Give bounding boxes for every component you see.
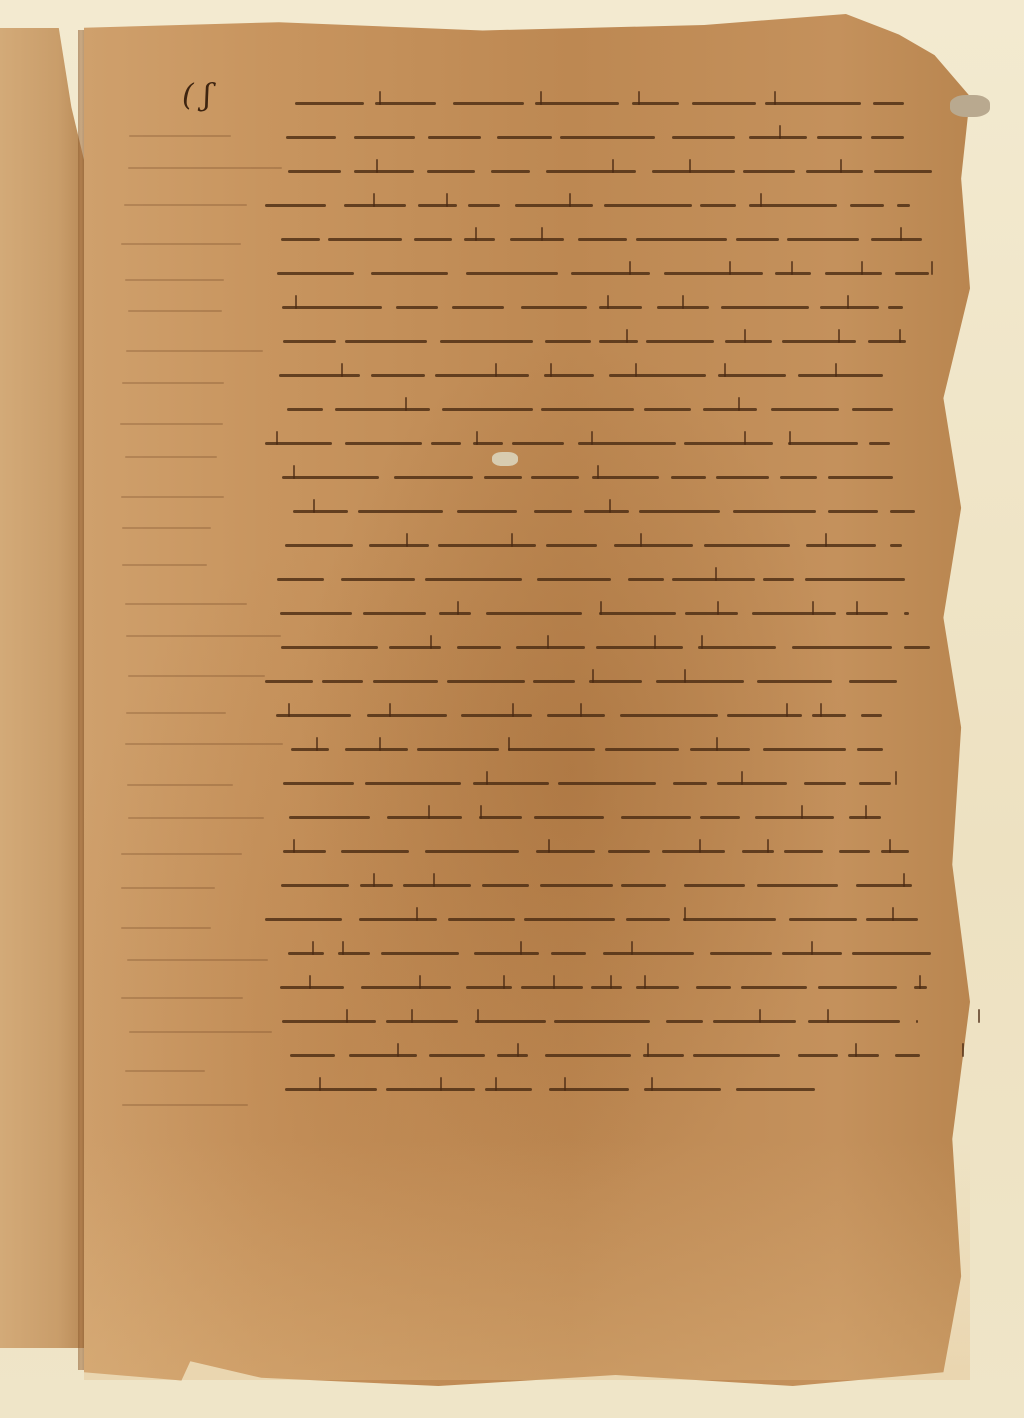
ink-ascender <box>288 703 290 717</box>
ink-word <box>360 884 393 887</box>
ink-word <box>479 816 522 819</box>
handwritten-line <box>255 726 945 760</box>
ink-word <box>535 102 620 105</box>
handwritten-line <box>255 794 945 828</box>
ink-word <box>780 476 817 479</box>
faded-line <box>125 279 224 281</box>
ink-word <box>551 952 586 955</box>
ink-word <box>636 986 679 989</box>
ink-word <box>755 816 835 819</box>
ink-word <box>812 714 846 717</box>
ink-word <box>448 918 515 921</box>
faded-line <box>121 997 242 999</box>
ink-word <box>277 578 324 581</box>
ink-word <box>283 340 336 343</box>
handwritten-line <box>255 1032 945 1066</box>
ink-ascender <box>508 737 510 751</box>
ink-word <box>662 850 725 853</box>
ink-word <box>293 510 348 513</box>
ink-word <box>605 748 678 751</box>
ink-word <box>289 816 370 819</box>
ink-word <box>442 408 532 411</box>
ink-word <box>484 476 523 479</box>
ink-word <box>457 510 517 513</box>
ink-ascender <box>428 805 430 819</box>
ink-word <box>291 748 329 751</box>
handwritten-line <box>255 148 945 182</box>
ink-word <box>497 136 552 139</box>
ink-word <box>359 918 437 921</box>
ink-word <box>749 204 837 207</box>
faded-line <box>125 456 217 458</box>
ink-word <box>820 306 879 309</box>
ink-word <box>644 1088 720 1091</box>
handwritten-line <box>255 930 945 964</box>
handwritten-line <box>255 80 945 114</box>
ink-ascender <box>644 975 646 989</box>
ink-ascender <box>892 907 894 921</box>
faded-line <box>127 784 233 786</box>
ink-word <box>817 136 863 139</box>
ink-word <box>282 306 381 309</box>
ink-word <box>713 1020 797 1023</box>
ink-ascender <box>597 465 599 479</box>
handwritten-text-block: Wir Maximilian von Gottes gnaden ... <box>255 80 945 1100</box>
ink-ascender <box>682 295 684 309</box>
ink-word <box>491 170 530 173</box>
ink-word <box>672 578 754 581</box>
handwritten-line <box>255 488 945 522</box>
ink-word <box>710 952 772 955</box>
handwritten-line <box>255 828 945 862</box>
ink-word <box>417 748 498 751</box>
ink-ascender <box>517 1043 519 1057</box>
ink-word <box>541 408 633 411</box>
ink-word <box>512 442 563 445</box>
ink-word <box>486 612 582 615</box>
handwritten-line <box>255 896 945 930</box>
ink-word <box>386 1020 457 1023</box>
ink-word <box>281 884 349 887</box>
ink-word <box>871 238 922 241</box>
ink-word <box>621 816 691 819</box>
faded-line <box>121 887 216 889</box>
ink-word <box>664 272 763 275</box>
ink-word <box>749 136 807 139</box>
faded-line <box>122 382 224 384</box>
ink-word <box>279 374 360 377</box>
ink-word <box>373 680 437 683</box>
faded-line <box>122 527 211 529</box>
lower-blank-area <box>84 1140 970 1380</box>
ink-word <box>466 986 512 989</box>
ink-ascender <box>789 431 791 445</box>
ink-word <box>752 612 836 615</box>
handwritten-line <box>255 454 945 488</box>
ink-word <box>290 1054 335 1057</box>
ink-word <box>700 816 740 819</box>
ink-ascender <box>495 1077 497 1091</box>
ink-word <box>873 102 904 105</box>
ink-word <box>904 646 930 649</box>
ink-word <box>361 986 451 989</box>
ink-word <box>369 544 429 547</box>
ink-word <box>358 510 443 513</box>
ink-word <box>427 170 475 173</box>
ink-ascender <box>759 1009 761 1023</box>
ink-word <box>354 170 415 173</box>
ink-word <box>387 816 462 819</box>
ink-ascender <box>475 227 477 241</box>
ink-word <box>859 782 891 785</box>
ink-ascender <box>419 975 421 989</box>
ink-word <box>560 136 655 139</box>
ink-word <box>431 442 461 445</box>
ink-word <box>684 884 745 887</box>
ink-word <box>592 476 659 479</box>
ink-word <box>544 374 593 377</box>
faded-line <box>128 310 222 312</box>
ink-word <box>643 1054 684 1057</box>
ink-word <box>771 408 839 411</box>
ink-ascender <box>856 601 858 615</box>
ink-word <box>371 374 426 377</box>
ink-word <box>871 136 904 139</box>
ink-ascender <box>903 873 905 887</box>
ink-word <box>280 986 343 989</box>
ink-word <box>403 884 471 887</box>
ink-word <box>282 1020 376 1023</box>
ink-ascender <box>512 703 514 717</box>
ink-word <box>540 884 613 887</box>
ink-ascender <box>791 261 793 275</box>
ink-word <box>515 204 594 207</box>
ink-word <box>599 612 676 615</box>
ink-ascender <box>900 227 902 241</box>
faded-line <box>126 350 263 352</box>
ink-ascender <box>701 635 703 649</box>
ink-ascender <box>406 533 408 547</box>
right-edge-tear <box>950 95 990 117</box>
ink-ascender <box>580 703 582 717</box>
ink-word <box>888 306 903 309</box>
ink-word <box>265 918 342 921</box>
ink-word <box>546 544 597 547</box>
faded-line <box>128 675 264 677</box>
ink-word <box>285 1088 378 1091</box>
ink-ascender <box>861 261 863 275</box>
ink-ascender <box>744 329 746 343</box>
ink-ascender <box>477 1009 479 1023</box>
ink-ascender <box>631 941 633 955</box>
ink-word <box>531 476 579 479</box>
ink-word <box>537 578 611 581</box>
ink-word <box>808 1020 900 1023</box>
ink-word <box>277 272 353 275</box>
ink-word <box>524 918 615 921</box>
ink-word <box>425 578 521 581</box>
ink-word <box>671 476 707 479</box>
ink-word <box>341 850 409 853</box>
ink-ascender <box>486 771 488 785</box>
ink-word <box>608 850 650 853</box>
ink-ascender <box>847 295 849 309</box>
ink-word <box>536 850 596 853</box>
ink-word <box>733 510 816 513</box>
faded-line <box>124 204 247 206</box>
ink-ascender <box>346 1009 348 1023</box>
ink-ascender <box>457 601 459 615</box>
ink-word <box>685 612 738 615</box>
ink-ascender <box>919 975 921 989</box>
faded-line <box>121 496 224 498</box>
ink-ascender <box>495 363 497 377</box>
handwritten-line <box>255 590 945 624</box>
ink-word <box>636 238 728 241</box>
ink-word <box>335 408 430 411</box>
ink-ascender <box>446 193 448 207</box>
ink-ascender <box>397 1043 399 1057</box>
ink-ascender <box>774 91 776 105</box>
handwritten-line <box>255 556 945 590</box>
faded-line <box>121 853 242 855</box>
ink-ascender <box>638 91 640 105</box>
ink-word <box>280 612 353 615</box>
ink-word <box>788 442 858 445</box>
ink-word <box>363 612 426 615</box>
ink-word <box>367 714 447 717</box>
handwritten-line <box>255 250 945 284</box>
ink-word <box>345 340 427 343</box>
ink-word <box>621 884 666 887</box>
handwritten-line <box>255 998 945 1032</box>
handwritten-line <box>255 964 945 998</box>
handwritten-line <box>255 420 945 454</box>
ink-ascender <box>550 363 552 377</box>
ink-word <box>287 408 323 411</box>
ink-word <box>354 136 415 139</box>
ink-word <box>345 748 408 751</box>
ink-word <box>798 374 883 377</box>
ink-ascender <box>744 431 746 445</box>
ink-word <box>288 952 324 955</box>
ink-ascender <box>316 737 318 751</box>
ink-word <box>825 272 882 275</box>
ink-ascender <box>540 91 542 105</box>
ink-word <box>857 748 883 751</box>
handwritten-line <box>255 624 945 658</box>
ink-word <box>558 782 656 785</box>
ink-word <box>386 1088 476 1091</box>
ink-word <box>818 986 897 989</box>
ink-ascender <box>592 669 594 683</box>
ink-word <box>852 408 893 411</box>
ink-word <box>375 102 436 105</box>
ink-word <box>545 1054 631 1057</box>
ink-word <box>554 1020 650 1023</box>
faded-line <box>128 817 264 819</box>
ink-ascender <box>416 907 418 921</box>
ink-word <box>341 578 415 581</box>
ink-word <box>510 238 564 241</box>
ink-word <box>806 170 864 173</box>
ink-word <box>890 510 915 513</box>
ink-word <box>765 102 861 105</box>
ink-word <box>508 748 595 751</box>
ink-word <box>475 1020 546 1023</box>
ink-word <box>683 918 776 921</box>
ink-ascender <box>647 1043 649 1057</box>
ink-ascender <box>825 533 827 547</box>
handwritten-line <box>255 760 945 794</box>
ink-word <box>614 544 692 547</box>
ink-ascender <box>405 397 407 411</box>
ink-ascender <box>962 1043 964 1057</box>
ink-word <box>849 680 897 683</box>
faded-line <box>125 1070 205 1072</box>
ink-word <box>895 272 928 275</box>
ink-word <box>468 204 500 207</box>
ink-word <box>806 544 876 547</box>
ink-word <box>757 884 838 887</box>
ink-ascender <box>609 499 611 513</box>
ink-word <box>283 850 326 853</box>
ink-word <box>381 952 459 955</box>
ink-word <box>429 1054 485 1057</box>
faded-line <box>127 959 268 961</box>
ink-word <box>461 714 531 717</box>
faded-line <box>129 135 231 137</box>
ink-ascender <box>838 329 840 343</box>
ink-word <box>725 340 771 343</box>
ink-ascender <box>313 499 315 513</box>
ink-word <box>281 238 321 241</box>
handwritten-line <box>255 284 945 318</box>
ink-ascender <box>411 1009 413 1023</box>
ink-ascender <box>635 363 637 377</box>
ink-word <box>666 1020 703 1023</box>
ink-word <box>692 102 756 105</box>
ink-word <box>265 680 313 683</box>
ink-ascender <box>931 261 933 275</box>
ink-word <box>736 1088 815 1091</box>
left-facing-leaf <box>0 28 84 1348</box>
ink-word <box>792 646 891 649</box>
ink-word <box>603 952 694 955</box>
ink-ascender <box>640 533 642 547</box>
ink-ascender <box>600 601 602 615</box>
ink-ascender <box>760 193 762 207</box>
ink-ascender <box>820 703 822 717</box>
ink-word <box>784 850 823 853</box>
ink-word <box>440 340 533 343</box>
ink-ascender <box>895 771 897 785</box>
ink-ascender <box>767 839 769 853</box>
ink-ascender <box>503 975 505 989</box>
ink-word <box>850 204 884 207</box>
ink-word <box>452 306 504 309</box>
ink-word <box>700 204 736 207</box>
ink-word <box>848 1054 878 1057</box>
ink-word <box>596 646 683 649</box>
ink-word <box>473 782 549 785</box>
ink-word <box>652 170 734 173</box>
ink-word <box>656 680 745 683</box>
ink-word <box>828 510 878 513</box>
ink-word <box>349 1054 417 1057</box>
ink-word <box>591 986 621 989</box>
ink-word <box>798 1054 839 1057</box>
ink-word <box>283 782 354 785</box>
ink-word <box>644 408 691 411</box>
ink-ascender <box>520 941 522 955</box>
ink-word <box>874 170 932 173</box>
ink-word <box>639 510 720 513</box>
ink-word <box>457 646 502 649</box>
ink-word <box>839 850 871 853</box>
ink-ascender <box>684 907 686 921</box>
ink-word <box>439 612 471 615</box>
ink-word <box>703 408 757 411</box>
ink-word <box>696 986 731 989</box>
handwritten-line <box>255 182 945 216</box>
ink-word <box>727 714 802 717</box>
ink-word <box>698 646 776 649</box>
ink-word <box>578 238 627 241</box>
ink-word <box>533 680 574 683</box>
opening-initial: ( ʃ <box>182 78 211 113</box>
ink-ascender <box>689 159 691 173</box>
ink-ascender <box>309 975 311 989</box>
ink-word <box>852 952 932 955</box>
handwritten-line <box>255 216 945 250</box>
ink-word <box>717 782 788 785</box>
ink-word <box>736 238 779 241</box>
ink-word <box>916 1020 919 1023</box>
handwritten-line <box>255 352 945 386</box>
ink-ascender <box>312 941 314 955</box>
ink-word <box>895 1054 920 1057</box>
faded-line <box>122 1104 248 1106</box>
ink-word <box>425 850 520 853</box>
ink-ascender <box>812 601 814 615</box>
faded-line <box>121 243 241 245</box>
ink-word <box>787 238 859 241</box>
ink-ascender <box>717 601 719 615</box>
ink-ascender <box>547 635 549 649</box>
ink-ascender <box>480 805 482 819</box>
ink-word <box>414 238 452 241</box>
ink-word <box>620 714 719 717</box>
handwritten-line <box>255 658 945 692</box>
ink-word <box>646 340 714 343</box>
ink-word <box>584 510 630 513</box>
ink-ascender <box>684 669 686 683</box>
ink-word <box>628 578 665 581</box>
ink-ascender <box>741 771 743 785</box>
ink-word <box>521 986 583 989</box>
ink-ascender <box>564 1077 566 1091</box>
ink-word <box>389 646 441 649</box>
ink-word <box>549 1088 629 1091</box>
ink-word <box>265 442 332 445</box>
ink-ascender <box>373 873 375 887</box>
handwritten-line <box>255 318 945 352</box>
ink-ascender <box>373 193 375 207</box>
ink-ascender <box>433 873 435 887</box>
handwritten-line <box>255 692 945 726</box>
ink-word <box>626 918 670 921</box>
